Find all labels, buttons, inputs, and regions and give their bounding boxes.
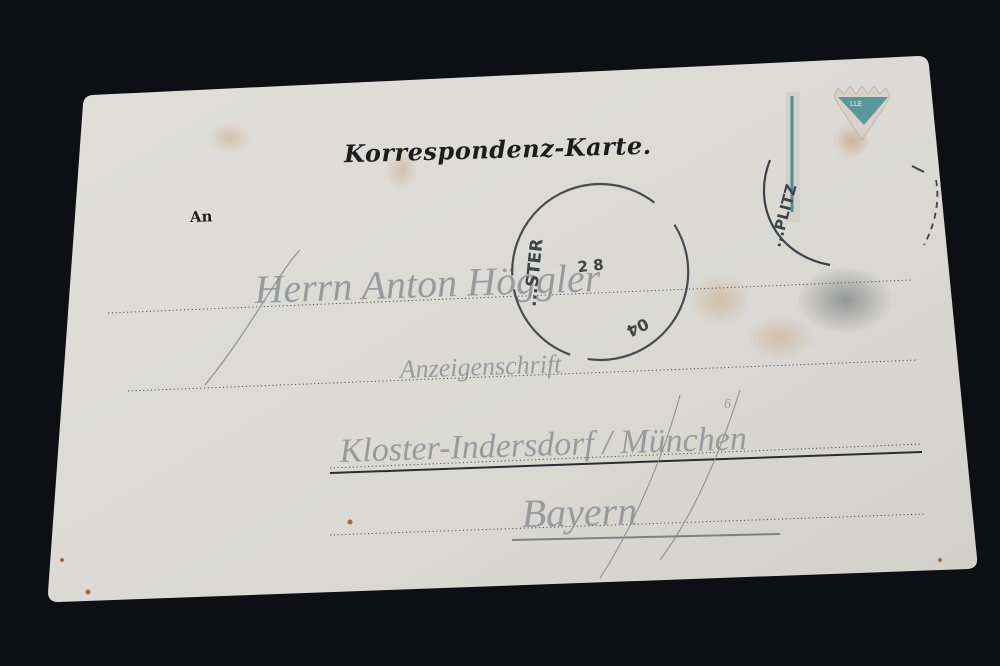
postcard-photo: Korrespondenz-Karte. An Herrn Anton Högg… bbox=[0, 0, 1000, 666]
svg-text:2 8: 2 8 bbox=[577, 256, 605, 277]
svg-text:LLE: LLE bbox=[850, 100, 862, 108]
address-label: An bbox=[189, 207, 213, 226]
svg-text:6: 6 bbox=[724, 397, 731, 412]
svg-text:Anzeigenschrift: Anzeigenschrift bbox=[397, 349, 562, 384]
svg-text:Bayern: Bayern bbox=[521, 488, 638, 536]
